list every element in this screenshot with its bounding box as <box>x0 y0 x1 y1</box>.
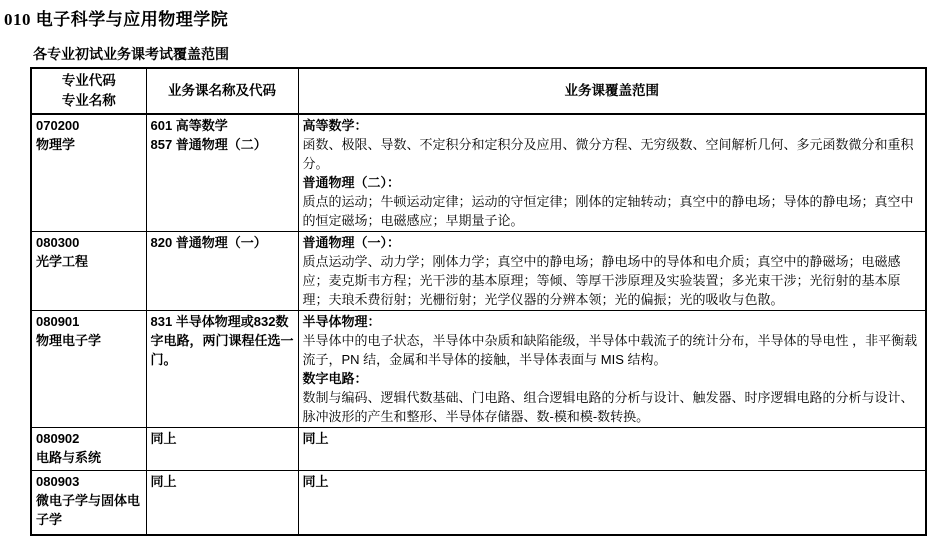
major-code: 080901 <box>36 312 142 331</box>
major-code: 070200 <box>36 116 142 135</box>
major-name: 电路与系统 <box>36 448 142 467</box>
table-row: 080902 电路与系统 同上 同上 <box>31 428 926 471</box>
coverage-body: 函数、极限、导数、不定积分和定积分及应用、微分方程、无穷级数、空间解析几何、多元… <box>303 135 922 173</box>
coverage-body: 质点的运动；牛顿运动定律；运动的守恒定律；刚体的定轴转动；真空中的静电场；导体的… <box>303 192 922 230</box>
coverage-heading: 普通物理（一）： <box>303 233 922 252</box>
course-line: 857 普通物理（二） <box>151 135 294 154</box>
coverage-cell: 高等数学： 函数、极限、导数、不定积分和定积分及应用、微分方程、无穷级数、空间解… <box>298 114 926 232</box>
coverage-heading: 数字电路： <box>303 369 922 388</box>
major-cell: 080901 物理电子学 <box>31 311 146 428</box>
coverage-body: 数制与编码、逻辑代数基础、门电路、组合逻辑电路的分析与设计、触发器、时序逻辑电路… <box>303 388 922 426</box>
table-row: 080901 物理电子学 831 半导体物理或832数字电路，两门课程任选一门。… <box>31 311 926 428</box>
course-cell: 601 高等数学 857 普通物理（二） <box>146 114 298 232</box>
document-page: 010 电子科学与应用物理学院 各专业初试业务课考试覆盖范围 专业代码 专业名称… <box>0 0 927 540</box>
course-line: 同上 <box>151 429 294 448</box>
major-code: 080902 <box>36 429 142 448</box>
table-row: 070200 物理学 601 高等数学 857 普通物理（二） 高等数学： 函数… <box>31 114 926 232</box>
major-cell: 070200 物理学 <box>31 114 146 232</box>
major-code: 080903 <box>36 472 142 491</box>
coverage-cell: 半导体物理： 半导体中的电子状态，半导体中杂质和缺陷能级，半导体中载流子的统计分… <box>298 311 926 428</box>
course-line: 831 半导体物理或832数字电路，两门课程任选一门。 <box>151 312 294 369</box>
coverage-heading: 普通物理（二）： <box>303 173 922 192</box>
table-row: 080300 光学工程 820 普通物理（一） 普通物理（一）： 质点运动学、动… <box>31 232 926 311</box>
coverage-table: 专业代码 专业名称 业务课名称及代码 业务课覆盖范围 070200 物理学 60… <box>30 67 927 536</box>
major-cell: 080902 电路与系统 <box>31 428 146 471</box>
table-header-row: 专业代码 专业名称 业务课名称及代码 业务课覆盖范围 <box>31 68 926 114</box>
coverage-heading: 半导体物理： <box>303 312 922 331</box>
coverage-heading: 同上 <box>303 429 922 448</box>
course-cell: 820 普通物理（一） <box>146 232 298 311</box>
major-cell: 080300 光学工程 <box>31 232 146 311</box>
major-name: 物理学 <box>36 135 142 154</box>
course-cell: 同上 <box>146 428 298 471</box>
coverage-cell: 同上 <box>298 471 926 535</box>
major-name: 光学工程 <box>36 252 142 271</box>
course-line: 820 普通物理（一） <box>151 233 294 252</box>
major-name: 微电子学与固体电子学 <box>36 491 142 529</box>
header-course: 业务课名称及代码 <box>146 68 298 114</box>
page-title: 010 电子科学与应用物理学院 <box>4 5 927 30</box>
major-name: 物理电子学 <box>36 331 142 350</box>
section-subtitle: 各专业初试业务课考试覆盖范围 <box>33 44 927 64</box>
coverage-body: 半导体中的电子状态，半导体中杂质和缺陷能级，半导体中载流子的统计分布，半导体的导… <box>303 331 922 369</box>
major-cell: 080903 微电子学与固体电子学 <box>31 471 146 535</box>
header-major-code: 专业代码 <box>34 71 144 91</box>
coverage-heading: 同上 <box>303 472 922 491</box>
course-cell: 831 半导体物理或832数字电路，两门课程任选一门。 <box>146 311 298 428</box>
course-line: 601 高等数学 <box>151 116 294 135</box>
course-cell: 同上 <box>146 471 298 535</box>
coverage-heading: 高等数学： <box>303 116 922 135</box>
table-row: 080903 微电子学与固体电子学 同上 同上 <box>31 471 926 535</box>
header-major: 专业代码 专业名称 <box>31 68 146 114</box>
course-line: 同上 <box>151 472 294 491</box>
coverage-cell: 同上 <box>298 428 926 471</box>
major-code: 080300 <box>36 233 142 252</box>
header-major-name: 专业名称 <box>34 91 144 111</box>
header-coverage: 业务课覆盖范围 <box>298 68 926 114</box>
coverage-cell: 普通物理（一）： 质点运动学、动力学；刚体力学；真空中的静电场；静电场中的导体和… <box>298 232 926 311</box>
coverage-body: 质点运动学、动力学；刚体力学；真空中的静电场；静电场中的导体和电介质；真空中的静… <box>303 252 922 309</box>
